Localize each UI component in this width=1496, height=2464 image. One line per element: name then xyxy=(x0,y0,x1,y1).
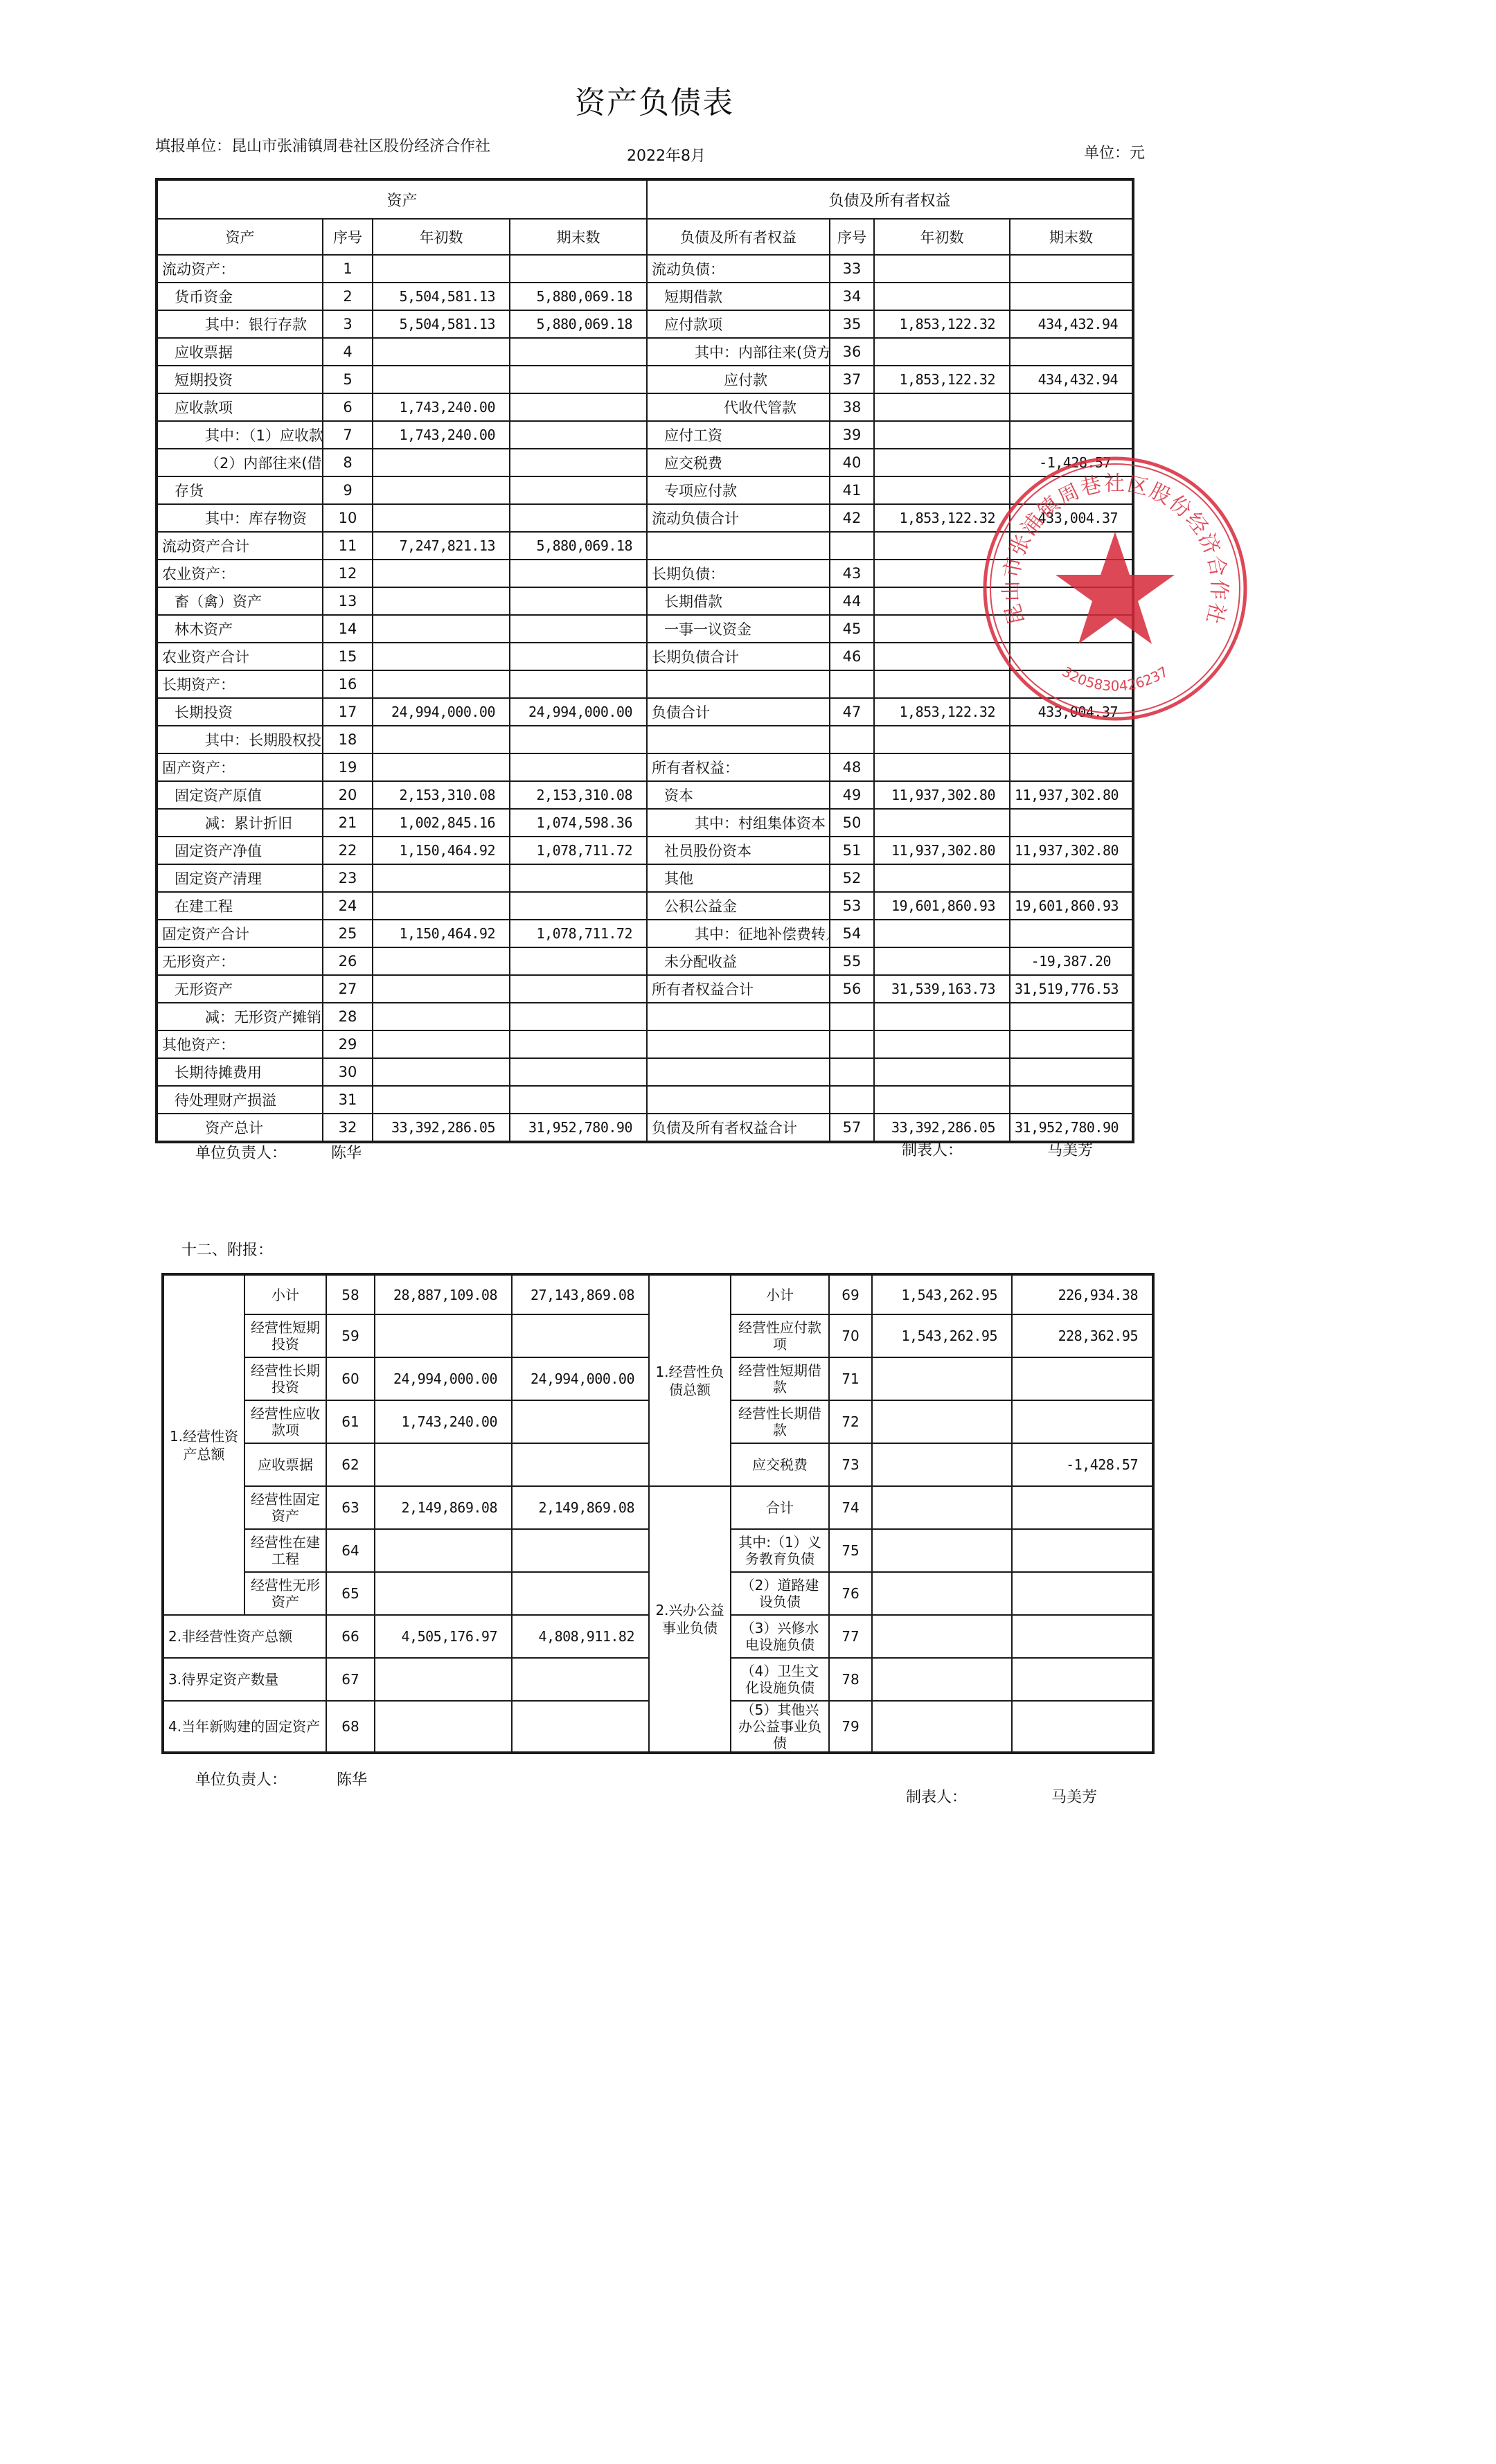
item-end-value: 433,004.37 xyxy=(1010,504,1133,532)
item-name xyxy=(647,1058,830,1086)
item-name: 4.当年新购建的固定资产 xyxy=(163,1701,326,1753)
item-name: 短期投资 xyxy=(157,366,323,393)
item-end-value xyxy=(1010,615,1133,643)
group-label: 2.兴办公益事业负债 xyxy=(649,1486,731,1753)
table-row: 其他资产：29 xyxy=(157,1030,1133,1058)
item-end-value xyxy=(510,947,647,975)
item-seq: 58 xyxy=(326,1274,375,1314)
item-begin-value xyxy=(373,1058,510,1086)
item-end-value: 1,078,711.72 xyxy=(510,837,647,864)
item-seq: 60 xyxy=(326,1357,375,1400)
item-name: 其中：库存物资 xyxy=(157,504,323,532)
item-end-value xyxy=(512,1314,649,1357)
item-name: 应收票据 xyxy=(157,338,323,366)
item-name: 应付款 xyxy=(647,366,830,393)
item-end-value: 226,934.38 xyxy=(1012,1274,1153,1314)
currency-unit: 单位：元 xyxy=(1084,141,1145,163)
item-begin-value xyxy=(373,255,510,283)
item-begin-value: 33,392,286.05 xyxy=(373,1114,510,1142)
item-name: 负债合计 xyxy=(647,698,830,726)
item-seq: 13 xyxy=(323,587,373,615)
item-begin-value xyxy=(872,1486,1012,1529)
item-seq: 78 xyxy=(829,1658,872,1701)
item-begin-value: 19,601,860.93 xyxy=(874,892,1010,920)
document-title: 资产负债表 xyxy=(0,78,1309,122)
item-name: 应付款项 xyxy=(647,310,830,338)
item-begin-value xyxy=(375,1572,512,1615)
table-row: 长期资产：16 xyxy=(157,670,1133,698)
unit-head-name: 陈华 xyxy=(331,1141,362,1163)
item-seq: 41 xyxy=(830,476,874,504)
item-name: 固定资产清理 xyxy=(157,864,323,892)
item-name: 长期待摊费用 xyxy=(157,1058,323,1086)
item-begin-value: 1,743,240.00 xyxy=(373,393,510,421)
item-seq: 28 xyxy=(323,1003,373,1030)
item-end-value xyxy=(1012,1400,1153,1443)
item-begin-value xyxy=(874,1086,1010,1114)
item-name: 固定资产合计 xyxy=(157,920,323,947)
item-seq: 65 xyxy=(326,1572,375,1615)
item-seq xyxy=(830,726,874,753)
item-name: 所有者权益合计 xyxy=(647,975,830,1003)
item-begin-value: 5,504,581.13 xyxy=(373,310,510,338)
item-seq: 71 xyxy=(829,1357,872,1400)
item-seq: 49 xyxy=(830,781,874,809)
item-seq: 16 xyxy=(323,670,373,698)
preparer-label-2: 制表人： xyxy=(906,1785,967,1807)
item-end-value: -1,428.57 xyxy=(1012,1443,1153,1486)
item-seq: 21 xyxy=(323,809,373,837)
item-begin-value xyxy=(874,283,1010,310)
item-begin-value: 31,539,163.73 xyxy=(874,975,1010,1003)
item-seq: 17 xyxy=(323,698,373,726)
item-seq: 25 xyxy=(323,920,373,947)
item-begin-value xyxy=(872,1615,1012,1658)
item-name: 经营性长期借款 xyxy=(731,1400,829,1443)
item-name xyxy=(647,1086,830,1114)
item-seq: 79 xyxy=(829,1701,872,1753)
item-begin-value xyxy=(373,504,510,532)
item-end-value xyxy=(1010,532,1133,560)
item-seq: 67 xyxy=(326,1658,375,1701)
item-end-value xyxy=(510,892,647,920)
item-seq: 48 xyxy=(830,753,874,781)
item-seq: 30 xyxy=(323,1058,373,1086)
item-name: 经营性长期投资 xyxy=(244,1357,326,1400)
item-seq: 57 xyxy=(830,1114,874,1142)
item-end-value xyxy=(1012,1658,1153,1701)
table-row: 长期投资1724,994,000.0024,994,000.00负债合计471,… xyxy=(157,698,1133,726)
item-name: 所有者权益： xyxy=(647,753,830,781)
item-name: 其中：内部往来(贷方) xyxy=(647,338,830,366)
table-row: 林木资产14一事一议资金45 xyxy=(157,615,1133,643)
item-begin-value: 1,853,122.32 xyxy=(874,310,1010,338)
item-end-value xyxy=(1010,476,1133,504)
table-row: 畜（禽）资产13长期借款44 xyxy=(157,587,1133,615)
item-end-value xyxy=(510,753,647,781)
table-row: 1.经营性资产总额小计5828,887,109.0827,143,869.081… xyxy=(163,1274,1153,1314)
item-name: 其中：村组集体资本 xyxy=(647,809,830,837)
item-begin-value: 24,994,000.00 xyxy=(375,1357,512,1400)
item-name: 专项应付款 xyxy=(647,476,830,504)
item-name: 经营性固定资产 xyxy=(244,1486,326,1529)
table-row: 短期投资5应付款371,853,122.32434,432.94 xyxy=(157,366,1133,393)
table-row: 经营性固定资产632,149,869.082,149,869.082.兴办公益事… xyxy=(163,1486,1153,1529)
table-row: 流动资产：1流动负债：33 xyxy=(157,255,1133,283)
item-end-value xyxy=(512,1443,649,1486)
item-end-value xyxy=(1010,864,1133,892)
item-end-value xyxy=(510,338,647,366)
item-begin-value: 33,392,286.05 xyxy=(874,1114,1010,1142)
item-end-value xyxy=(1010,560,1133,587)
item-begin-value xyxy=(373,560,510,587)
item-begin-value xyxy=(373,366,510,393)
item-seq xyxy=(830,1003,874,1030)
item-end-value: -19,387.20 xyxy=(1010,947,1133,975)
item-name: （2）内部往来(借方) xyxy=(157,449,323,476)
group-label: 1.经营性资产总额 xyxy=(163,1274,244,1615)
appendix-table: 1.经营性资产总额小计5828,887,109.0827,143,869.081… xyxy=(161,1273,1155,1754)
item-begin-value xyxy=(375,1529,512,1572)
item-begin-value xyxy=(874,670,1010,698)
item-name: 公积公益金 xyxy=(647,892,830,920)
item-seq: 10 xyxy=(323,504,373,532)
col-header: 年初数 xyxy=(874,219,1010,255)
item-name: 合计 xyxy=(731,1486,829,1529)
item-seq: 12 xyxy=(323,560,373,587)
item-begin-value: 2,149,869.08 xyxy=(375,1486,512,1529)
item-seq: 73 xyxy=(829,1443,872,1486)
item-end-value xyxy=(1010,1003,1133,1030)
item-seq: 40 xyxy=(830,449,874,476)
item-begin-value xyxy=(872,1572,1012,1615)
item-begin-value: 1,743,240.00 xyxy=(373,421,510,449)
item-name: 社员股份资本 xyxy=(647,837,830,864)
table-row: 农业资产合计15长期负债合计46 xyxy=(157,643,1133,670)
item-end-value xyxy=(510,1003,647,1030)
item-end-value xyxy=(512,1529,649,1572)
item-name: （2）道路建设负债 xyxy=(731,1572,829,1615)
item-end-value xyxy=(1010,670,1133,698)
item-end-value: 433,004.37 xyxy=(1010,698,1133,726)
item-seq: 43 xyxy=(830,560,874,587)
item-end-value xyxy=(510,975,647,1003)
item-begin-value xyxy=(874,587,1010,615)
item-seq: 52 xyxy=(830,864,874,892)
item-name: 固定资产原值 xyxy=(157,781,323,809)
item-seq: 35 xyxy=(830,310,874,338)
appendix-heading: 十二、附报： xyxy=(181,1238,273,1260)
item-seq: 50 xyxy=(830,809,874,837)
section-liabilities-equity: 负债及所有者权益 xyxy=(647,179,1133,219)
item-begin-value: 11,937,302.80 xyxy=(874,837,1010,864)
item-name: 经营性短期借款 xyxy=(731,1357,829,1400)
item-name: 在建工程 xyxy=(157,892,323,920)
item-begin-value xyxy=(373,670,510,698)
item-name: 农业资产合计 xyxy=(157,643,323,670)
table-row: 其中：库存物资10流动负债合计421,853,122.32433,004.37 xyxy=(157,504,1133,532)
item-begin-value xyxy=(874,560,1010,587)
unit-head-label: 单位负责人： xyxy=(195,1141,287,1163)
item-begin-value xyxy=(375,1658,512,1701)
item-name: 短期借款 xyxy=(647,283,830,310)
item-begin-value xyxy=(874,476,1010,504)
table-row: 固定资产合计251,150,464.921,078,711.72其中：征地补偿费… xyxy=(157,920,1133,947)
item-name: 一事一议资金 xyxy=(647,615,830,643)
item-begin-value xyxy=(373,338,510,366)
item-seq: 75 xyxy=(829,1529,872,1572)
table-row: 减：无形资产摊销28 xyxy=(157,1003,1133,1030)
item-seq: 2 xyxy=(323,283,373,310)
item-seq: 34 xyxy=(830,283,874,310)
item-name: 小计 xyxy=(244,1274,326,1314)
item-seq: 27 xyxy=(323,975,373,1003)
item-name: 林木资产 xyxy=(157,615,323,643)
item-begin-value: 24,994,000.00 xyxy=(373,698,510,726)
item-end-value: 11,937,302.80 xyxy=(1010,781,1133,809)
item-seq: 45 xyxy=(830,615,874,643)
item-end-value xyxy=(1010,255,1133,283)
item-end-value: 5,880,069.18 xyxy=(510,283,647,310)
item-end-value xyxy=(512,1658,649,1701)
item-end-value: 24,994,000.00 xyxy=(512,1357,649,1400)
table-row: （2）内部往来(借方)8应交税费40-1,428.57 xyxy=(157,449,1133,476)
item-name: 3.待界定资产数量 xyxy=(163,1658,326,1701)
item-begin-value xyxy=(373,753,510,781)
item-begin-value xyxy=(373,864,510,892)
item-end-value xyxy=(512,1572,649,1615)
item-seq: 38 xyxy=(830,393,874,421)
item-name: （4）卫生文化设施负债 xyxy=(731,1658,829,1701)
item-end-value: 2,153,310.08 xyxy=(510,781,647,809)
item-end-value xyxy=(1010,393,1133,421)
reporting-unit: 填报单位：昆山市张浦镇周巷社区股份经济合作社 xyxy=(155,137,515,157)
table-row: 固定资产清理23其他52 xyxy=(157,864,1133,892)
item-seq xyxy=(830,1030,874,1058)
item-seq: 51 xyxy=(830,837,874,864)
item-seq: 39 xyxy=(830,421,874,449)
table-row: 固定资产净值221,150,464.921,078,711.72社员股份资本51… xyxy=(157,837,1133,864)
item-begin-value xyxy=(874,809,1010,837)
item-name: 流动负债合计 xyxy=(647,504,830,532)
item-end-value: 1,078,711.72 xyxy=(510,920,647,947)
table-row: 长期待摊费用30 xyxy=(157,1058,1133,1086)
item-name: 长期资产： xyxy=(157,670,323,698)
item-begin-value xyxy=(373,449,510,476)
item-begin-value xyxy=(872,1701,1012,1753)
item-end-value xyxy=(510,560,647,587)
item-name: 其中：（1）应收款 xyxy=(157,421,323,449)
item-begin-value xyxy=(373,643,510,670)
item-seq: 18 xyxy=(323,726,373,753)
table-row: 资产总计3233,392,286.0531,952,780.90负债及所有者权益… xyxy=(157,1114,1133,1142)
item-end-value xyxy=(510,255,647,283)
item-end-value xyxy=(1010,753,1133,781)
item-name: 其中：征地补偿费转入 xyxy=(647,920,830,947)
col-header: 资产 xyxy=(157,219,323,255)
item-end-value xyxy=(1012,1615,1153,1658)
item-end-value xyxy=(512,1701,649,1753)
item-begin-value xyxy=(874,947,1010,975)
col-header: 序号 xyxy=(323,219,373,255)
item-begin-value: 1,543,262.95 xyxy=(872,1314,1012,1357)
item-begin-value xyxy=(373,1030,510,1058)
item-seq: 44 xyxy=(830,587,874,615)
item-end-value xyxy=(1010,1058,1133,1086)
item-name: （3）兴修水电设施负债 xyxy=(731,1615,829,1658)
item-begin-value xyxy=(874,532,1010,560)
item-begin-value xyxy=(874,643,1010,670)
item-end-value xyxy=(510,393,647,421)
table-row: 其中：长期股权投资18 xyxy=(157,726,1133,753)
item-seq: 19 xyxy=(323,753,373,781)
item-name: 应交税费 xyxy=(647,449,830,476)
item-name: 应收款项 xyxy=(157,393,323,421)
table-row: 其中：银行存款35,504,581.135,880,069.18应付款项351,… xyxy=(157,310,1133,338)
item-begin-value: 11,937,302.80 xyxy=(874,781,1010,809)
item-seq: 74 xyxy=(829,1486,872,1529)
item-seq: 77 xyxy=(829,1615,872,1658)
item-begin-value xyxy=(373,975,510,1003)
item-name: 其他 xyxy=(647,864,830,892)
table-row: 农业资产：12长期负债：43 xyxy=(157,560,1133,587)
item-name: 负债及所有者权益合计 xyxy=(647,1114,830,1142)
preparer-label: 制表人： xyxy=(902,1139,963,1160)
item-end-value: 4,808,911.82 xyxy=(512,1615,649,1658)
item-name xyxy=(647,1030,830,1058)
item-name: 减：累计折旧 xyxy=(157,809,323,837)
item-begin-value: 1,543,262.95 xyxy=(872,1274,1012,1314)
item-seq: 1 xyxy=(323,255,373,283)
item-begin-value: 1,150,464.92 xyxy=(373,920,510,947)
table-row: 流动资产合计117,247,821.135,880,069.18 xyxy=(157,532,1133,560)
item-seq: 32 xyxy=(323,1114,373,1142)
item-begin-value xyxy=(373,726,510,753)
item-end-value xyxy=(510,643,647,670)
item-end-value: 19,601,860.93 xyxy=(1010,892,1133,920)
item-seq: 33 xyxy=(830,255,874,283)
item-name: 经营性短期投资 xyxy=(244,1314,326,1357)
item-name: 长期负债： xyxy=(647,560,830,587)
balance-sheet-table: 资产 负债及所有者权益 资产 序号 年初数 期末数 负债及所有者权益 序号 年初… xyxy=(155,178,1134,1143)
unit-head-name-2: 陈华 xyxy=(337,1768,367,1789)
item-name: 农业资产： xyxy=(157,560,323,587)
item-begin-value xyxy=(872,1400,1012,1443)
item-end-value xyxy=(510,670,647,698)
item-name: 长期投资 xyxy=(157,698,323,726)
item-end-value xyxy=(510,421,647,449)
item-end-value xyxy=(510,504,647,532)
item-end-value xyxy=(510,1030,647,1058)
item-end-value: 31,952,780.90 xyxy=(1010,1114,1133,1142)
item-seq: 42 xyxy=(830,504,874,532)
table-row: 固产资产：19所有者权益：48 xyxy=(157,753,1133,781)
item-seq: 29 xyxy=(323,1030,373,1058)
table-row: 货币资金25,504,581.135,880,069.18短期借款34 xyxy=(157,283,1133,310)
item-end-value xyxy=(510,476,647,504)
item-name: 应收票据 xyxy=(244,1443,326,1486)
item-name: 经营性应收款项 xyxy=(244,1400,326,1443)
item-end-value xyxy=(510,615,647,643)
item-begin-value: 7,247,821.13 xyxy=(373,532,510,560)
item-name: 未分配收益 xyxy=(647,947,830,975)
item-seq xyxy=(830,670,874,698)
item-end-value: 27,143,869.08 xyxy=(512,1274,649,1314)
item-begin-value xyxy=(874,920,1010,947)
item-seq: 62 xyxy=(326,1443,375,1486)
item-name: 2.非经营性资产总额 xyxy=(163,1615,326,1658)
item-seq: 3 xyxy=(323,310,373,338)
item-end-value xyxy=(1010,421,1133,449)
item-seq: 7 xyxy=(323,421,373,449)
item-seq: 8 xyxy=(323,449,373,476)
item-begin-value xyxy=(874,255,1010,283)
item-seq: 22 xyxy=(323,837,373,864)
item-end-value: 5,880,069.18 xyxy=(510,532,647,560)
item-end-value xyxy=(1012,1701,1153,1753)
item-begin-value: 1,853,122.32 xyxy=(874,366,1010,393)
table-row: 应收款项61,743,240.00代收代管款38 xyxy=(157,393,1133,421)
table-row: 其中：（1）应收款71,743,240.00应付工资39 xyxy=(157,421,1133,449)
item-seq xyxy=(830,532,874,560)
item-begin-value xyxy=(375,1701,512,1753)
item-begin-value xyxy=(373,1003,510,1030)
item-name: 代收代管款 xyxy=(647,393,830,421)
item-name: 流动负债： xyxy=(647,255,830,283)
item-begin-value xyxy=(874,338,1010,366)
item-begin-value xyxy=(874,864,1010,892)
item-end-value: 2,149,869.08 xyxy=(512,1486,649,1529)
item-name xyxy=(647,532,830,560)
item-end-value xyxy=(1012,1572,1153,1615)
item-end-value xyxy=(510,864,647,892)
item-seq: 31 xyxy=(323,1086,373,1114)
item-seq: 61 xyxy=(326,1400,375,1443)
item-seq: 36 xyxy=(830,338,874,366)
item-end-value: 31,952,780.90 xyxy=(510,1114,647,1142)
item-begin-value: 1,853,122.32 xyxy=(874,698,1010,726)
item-end-value xyxy=(512,1400,649,1443)
item-end-value: 24,994,000.00 xyxy=(510,698,647,726)
item-seq: 23 xyxy=(323,864,373,892)
table-row: 减：累计折旧211,002,845.161,074,598.36其中：村组集体资… xyxy=(157,809,1133,837)
item-seq: 69 xyxy=(829,1274,872,1314)
item-end-value xyxy=(1010,338,1133,366)
table-row: 无形资产27所有者权益合计5631,539,163.7331,519,776.5… xyxy=(157,975,1133,1003)
item-name: 固产资产： xyxy=(157,753,323,781)
item-seq: 76 xyxy=(829,1572,872,1615)
item-end-value: 1,074,598.36 xyxy=(510,809,647,837)
item-name: 固定资产净值 xyxy=(157,837,323,864)
item-end-value xyxy=(510,1086,647,1114)
item-end-value xyxy=(1010,283,1133,310)
item-name: 长期借款 xyxy=(647,587,830,615)
item-name: 货币资金 xyxy=(157,283,323,310)
col-header: 期末数 xyxy=(1010,219,1133,255)
item-end-value xyxy=(1012,1357,1153,1400)
item-end-value xyxy=(1010,1030,1133,1058)
item-name: 无形资产 xyxy=(157,975,323,1003)
preparer-name-2: 马美芳 xyxy=(1051,1785,1097,1807)
item-seq: 24 xyxy=(323,892,373,920)
item-name: 经营性应付款项 xyxy=(731,1314,829,1357)
item-name: 其中:（1）义务教育负债 xyxy=(731,1529,829,1572)
item-seq: 55 xyxy=(830,947,874,975)
item-begin-value xyxy=(874,1003,1010,1030)
item-seq: 20 xyxy=(323,781,373,809)
item-name xyxy=(647,1003,830,1030)
table-row: 待处理财产损溢31 xyxy=(157,1086,1133,1114)
